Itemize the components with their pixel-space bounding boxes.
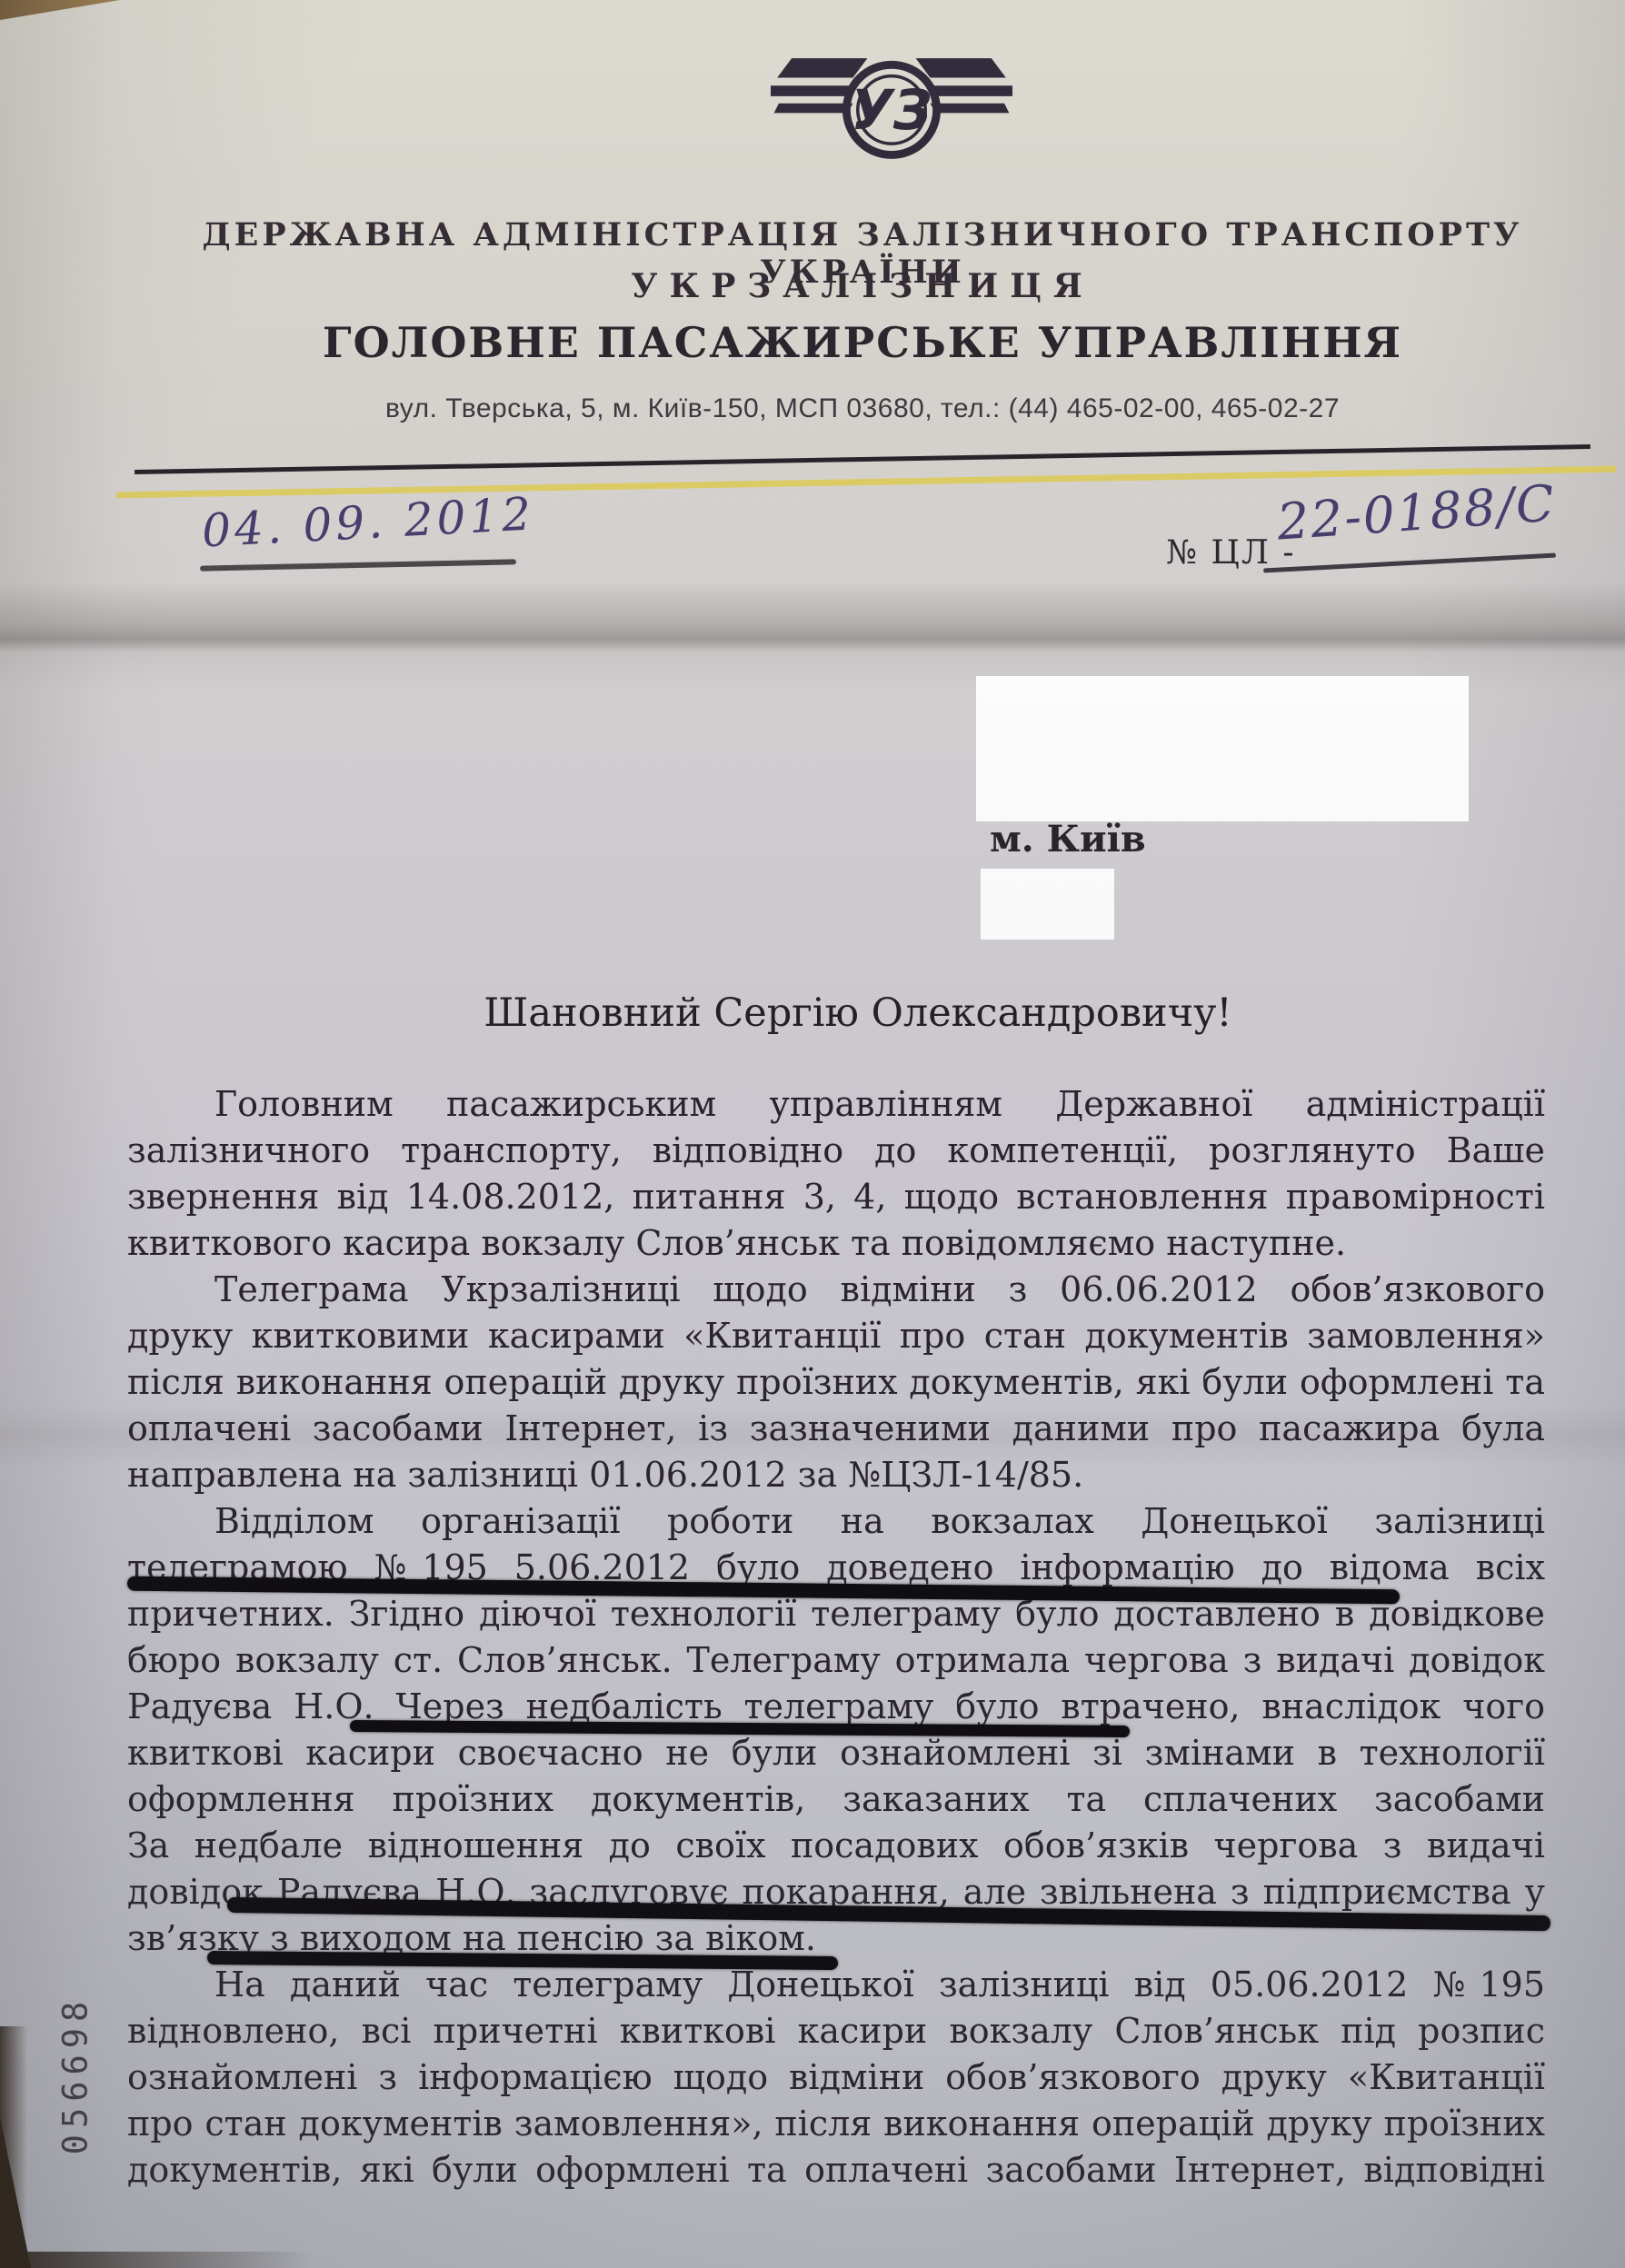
- body-line: залізничного транспорту, відповідно до к…: [127, 1128, 1545, 1174]
- body-line: На даний час телеграму Донецької залізни…: [127, 1962, 1545, 2008]
- org-address: вул. Тверська, 5, м. Київ-150, МСП 03680…: [155, 393, 1570, 424]
- body-line: відновлено, всі причетні квиткові касири…: [127, 2008, 1545, 2054]
- body-line: друку квитковими касирами «Квитанції про…: [127, 1313, 1545, 1359]
- handwritten-reference-number: 22-0188/С: [1275, 473, 1558, 551]
- body-line: квиткового касира вокзалу Слов’янськ та …: [127, 1220, 1545, 1267]
- body-line: після виконання операцій друку проїзних …: [127, 1359, 1545, 1406]
- reference-number-label: № ЦЛ -: [1166, 534, 1296, 572]
- handwritten-date: 04. 09. 2012: [201, 487, 536, 557]
- body-line: бюро вокзалу ст. Слов’янськ. Телеграму о…: [127, 1637, 1545, 1684]
- body-line: про стан документів замовлення», після в…: [127, 2101, 1545, 2147]
- body-line: документів, які були оформлені та оплаче…: [127, 2147, 1545, 2193]
- body-line: направлена на залізниці 01.06.2012 за №Ц…: [127, 1452, 1545, 1498]
- org-name-line2: УКРЗАЛІЗНИЦЯ: [155, 267, 1570, 305]
- body-line: Головним пасажирським управлінням Держав…: [127, 1081, 1545, 1128]
- body-line: квиткові касири своєчасно не були ознайо…: [127, 1730, 1545, 1776]
- body-line: Відділом організації роботи на вокзалах …: [127, 1498, 1545, 1545]
- railway-logo-icon: УЗ: [771, 45, 1012, 173]
- body-line: Телеграма Укрзалізниці щодо відміни з 06…: [127, 1267, 1545, 1313]
- body-line: ознайомлені з інформацією щодо відміни о…: [127, 2054, 1545, 2101]
- letter-body: Головним пасажирським управлінням Держав…: [127, 1081, 1545, 2193]
- body-line: оплачені засобами Інтернет, із зазначени…: [127, 1406, 1545, 1452]
- salutation: Шановний Сергію Олександровичу!: [155, 990, 1561, 1036]
- body-line: звернення від 14.08.2012, питання 3, 4, …: [127, 1174, 1545, 1220]
- redaction-box-recipient: [976, 676, 1469, 821]
- reference-underline: [1263, 553, 1556, 573]
- date-underline: [200, 559, 516, 571]
- form-serial-number: 056698: [56, 1984, 95, 2166]
- body-line: оформлення проїзних документів, заказани…: [127, 1776, 1545, 1823]
- department-name: ГОЛОВНЕ ПАСАЖИРСЬКЕ УПРАВЛІННЯ: [155, 318, 1570, 367]
- redaction-box-small: [981, 869, 1114, 940]
- city-label: м. Київ: [990, 818, 1146, 860]
- svg-text:УЗ: УЗ: [851, 79, 932, 143]
- photo-background-corner: [0, 0, 120, 20]
- photo-edge-shadow-bottom: [0, 2252, 314, 2268]
- scanned-letter-page: УЗ ДЕРЖАВНА АДМІНІСТРАЦІЯ ЗАЛІЗНИЧНОГО Т…: [0, 0, 1625, 2268]
- body-line: За недбале відношення до своїх посадових…: [127, 1823, 1545, 1869]
